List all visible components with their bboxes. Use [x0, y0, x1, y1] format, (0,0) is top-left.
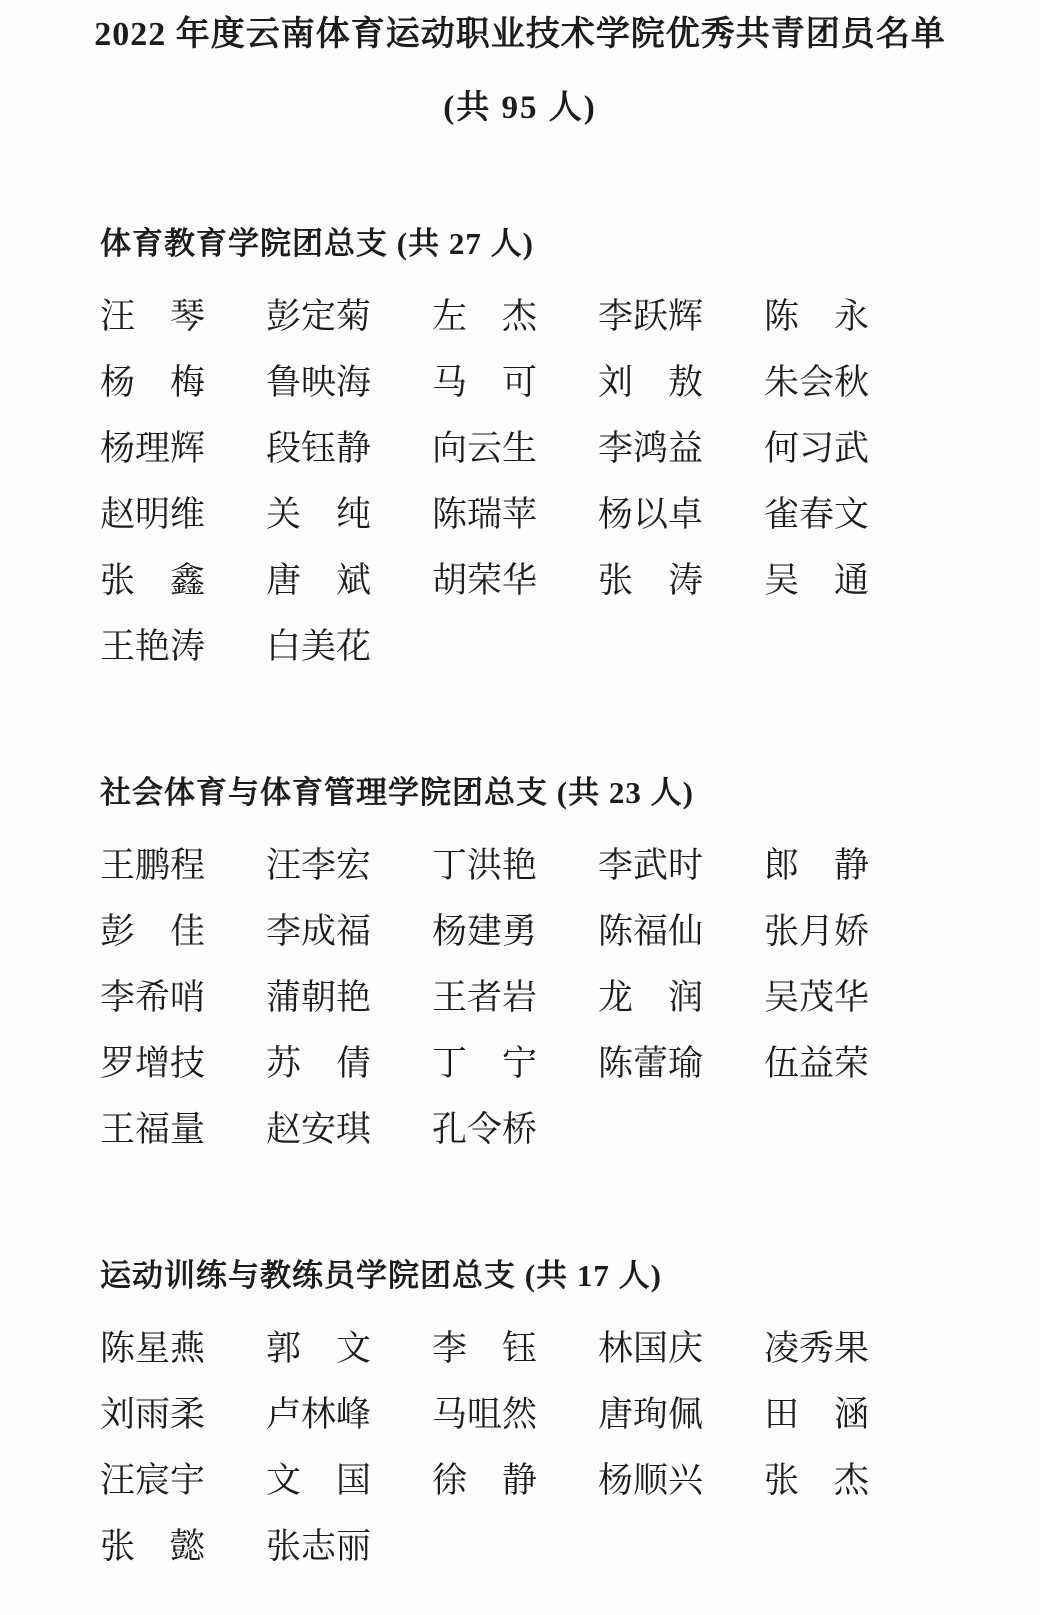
- person-name: 伍益荣: [764, 1036, 869, 1086]
- section-athletic-training-coaching: 运动训练与教练员学院团总支 (共 17 人) 陈星燕 郭文 李钰 林国庆 凌秀果…: [0, 1250, 1040, 1577]
- person-name: 蒲朝艳: [266, 970, 371, 1020]
- person-name: 汪宸宇: [100, 1453, 205, 1503]
- person-name: 彭定菊: [266, 289, 371, 339]
- person-name: 吴茂华: [764, 970, 869, 1020]
- person-name: 田涵: [764, 1387, 869, 1437]
- person-name: 陈福仙: [598, 904, 703, 954]
- person-name: 王福量: [100, 1102, 205, 1152]
- person-name: 汪琴: [100, 289, 205, 339]
- person-name: 文国: [266, 1453, 371, 1503]
- person-name: 郭文: [266, 1321, 371, 1371]
- person-name: 杨梅: [100, 355, 205, 405]
- name-row: 杨理辉 段钰静 向云生 李鸿益 何习武: [100, 413, 980, 479]
- person-name: 左杰: [432, 289, 537, 339]
- person-name: 吴通: [764, 553, 869, 603]
- person-name: 杨建勇: [432, 904, 537, 954]
- person-name: 胡荣华: [432, 553, 537, 603]
- person-name: 陈瑞苹: [432, 487, 537, 537]
- section-sports-education: 体育教育学院团总支 (共 27 人) 汪琴 彭定菊 左杰 李跃辉 陈永 杨梅 鲁…: [0, 218, 1040, 677]
- section-header: 体育教育学院团总支 (共 27 人): [100, 218, 980, 263]
- section-social-sports-management: 社会体育与体育管理学院团总支 (共 23 人) 王鹏程 汪李宏 丁洪艳 李武时 …: [0, 767, 1040, 1160]
- name-row: 彭佳 李成福 杨建勇 陈福仙 张月娇: [100, 896, 980, 962]
- person-name: 唐珣佩: [598, 1387, 703, 1437]
- person-name: 杨理辉: [100, 421, 205, 471]
- person-name: 赵安琪: [266, 1102, 371, 1152]
- person-name: 徐静: [432, 1453, 537, 1503]
- person-name: 段钰静: [266, 421, 371, 471]
- person-name: 朱会秋: [764, 355, 869, 405]
- person-name: 刘敖: [598, 355, 703, 405]
- name-row: 李希哨 蒲朝艳 王者岩 龙润 吴茂华: [100, 962, 980, 1028]
- name-row: 张鑫 唐斌 胡荣华 张涛 吴通: [100, 545, 980, 611]
- person-name: 张鑫: [100, 553, 205, 603]
- section-header: 运动训练与教练员学院团总支 (共 17 人): [100, 1250, 980, 1295]
- person-name: 孔令桥: [432, 1102, 537, 1152]
- name-row: 刘雨柔 卢林峰 马咀然 唐珣佩 田涵: [100, 1379, 980, 1445]
- name-rows: 陈星燕 郭文 李钰 林国庆 凌秀果 刘雨柔 卢林峰 马咀然 唐珣佩 田涵 汪宸宇…: [100, 1313, 980, 1577]
- person-name: 赵明维: [100, 487, 205, 537]
- person-name: 彭佳: [100, 904, 205, 954]
- person-name: 马可: [432, 355, 537, 405]
- person-name: 汪李宏: [266, 838, 371, 888]
- person-name: 陈星燕: [100, 1321, 205, 1371]
- person-name: 罗增技: [100, 1036, 205, 1086]
- person-name: 李鸿益: [598, 421, 703, 471]
- name-row: 罗增技 苏倩 丁宁 陈蕾瑜 伍益荣: [100, 1028, 980, 1094]
- person-name: 王艳涛: [100, 619, 205, 669]
- document-page: 2022 年度云南体育运动职业技术学院优秀共青团员名单 (共 95 人) 体育教…: [0, 0, 1040, 1615]
- person-name: 凌秀果: [764, 1321, 869, 1371]
- person-name: 李钰: [432, 1321, 537, 1371]
- person-name: 丁洪艳: [432, 838, 537, 888]
- person-name: 何习武: [764, 421, 869, 471]
- person-name: 李武时: [598, 838, 703, 888]
- document-total-count: (共 95 人): [0, 81, 1040, 128]
- document-title: 2022 年度云南体育运动职业技术学院优秀共青团员名单: [0, 14, 1040, 57]
- name-row: 王鹏程 汪李宏 丁洪艳 李武时 郎静: [100, 830, 980, 896]
- name-rows: 王鹏程 汪李宏 丁洪艳 李武时 郎静 彭佳 李成福 杨建勇 陈福仙 张月娇 李希…: [100, 830, 980, 1160]
- name-row: 汪宸宇 文国 徐静 杨顺兴 张杰: [100, 1445, 980, 1511]
- person-name: 张懿: [100, 1519, 205, 1569]
- person-name: 鲁映海: [266, 355, 371, 405]
- person-name: 马咀然: [432, 1387, 537, 1437]
- name-row: 张懿 张志丽: [100, 1511, 980, 1577]
- person-name: 杨顺兴: [598, 1453, 703, 1503]
- person-name: 卢林峰: [266, 1387, 371, 1437]
- person-name: 丁宁: [432, 1036, 537, 1086]
- person-name: 王鹏程: [100, 838, 205, 888]
- name-row: 赵明维 关纯 陈瑞苹 杨以卓 雀春文: [100, 479, 980, 545]
- name-row: 王艳涛 白美花: [100, 611, 980, 677]
- person-name: 苏倩: [266, 1036, 371, 1086]
- person-name: 张涛: [598, 553, 703, 603]
- person-name: 雀春文: [764, 487, 869, 537]
- person-name: 向云生: [432, 421, 537, 471]
- person-name: 郎静: [764, 838, 869, 888]
- person-name: 王者岩: [432, 970, 537, 1020]
- person-name: 白美花: [266, 619, 371, 669]
- person-name: 李希哨: [100, 970, 205, 1020]
- person-name: 张志丽: [266, 1519, 371, 1569]
- person-name: 陈蕾瑜: [598, 1036, 703, 1086]
- person-name: 李成福: [266, 904, 371, 954]
- person-name: 李跃辉: [598, 289, 703, 339]
- person-name: 刘雨柔: [100, 1387, 205, 1437]
- name-row: 杨梅 鲁映海 马可 刘敖 朱会秋: [100, 347, 980, 413]
- person-name: 关纯: [266, 487, 371, 537]
- section-header: 社会体育与体育管理学院团总支 (共 23 人): [100, 767, 980, 812]
- name-row: 陈星燕 郭文 李钰 林国庆 凌秀果: [100, 1313, 980, 1379]
- person-name: 龙润: [598, 970, 703, 1020]
- name-row: 汪琴 彭定菊 左杰 李跃辉 陈永: [100, 281, 980, 347]
- name-row: 王福量 赵安琪 孔令桥: [100, 1094, 980, 1160]
- person-name: 张月娇: [764, 904, 869, 954]
- person-name: 杨以卓: [598, 487, 703, 537]
- name-rows: 汪琴 彭定菊 左杰 李跃辉 陈永 杨梅 鲁映海 马可 刘敖 朱会秋 杨理辉 段钰…: [100, 281, 980, 677]
- person-name: 唐斌: [266, 553, 371, 603]
- person-name: 陈永: [764, 289, 869, 339]
- person-name: 林国庆: [598, 1321, 703, 1371]
- person-name: 张杰: [764, 1453, 869, 1503]
